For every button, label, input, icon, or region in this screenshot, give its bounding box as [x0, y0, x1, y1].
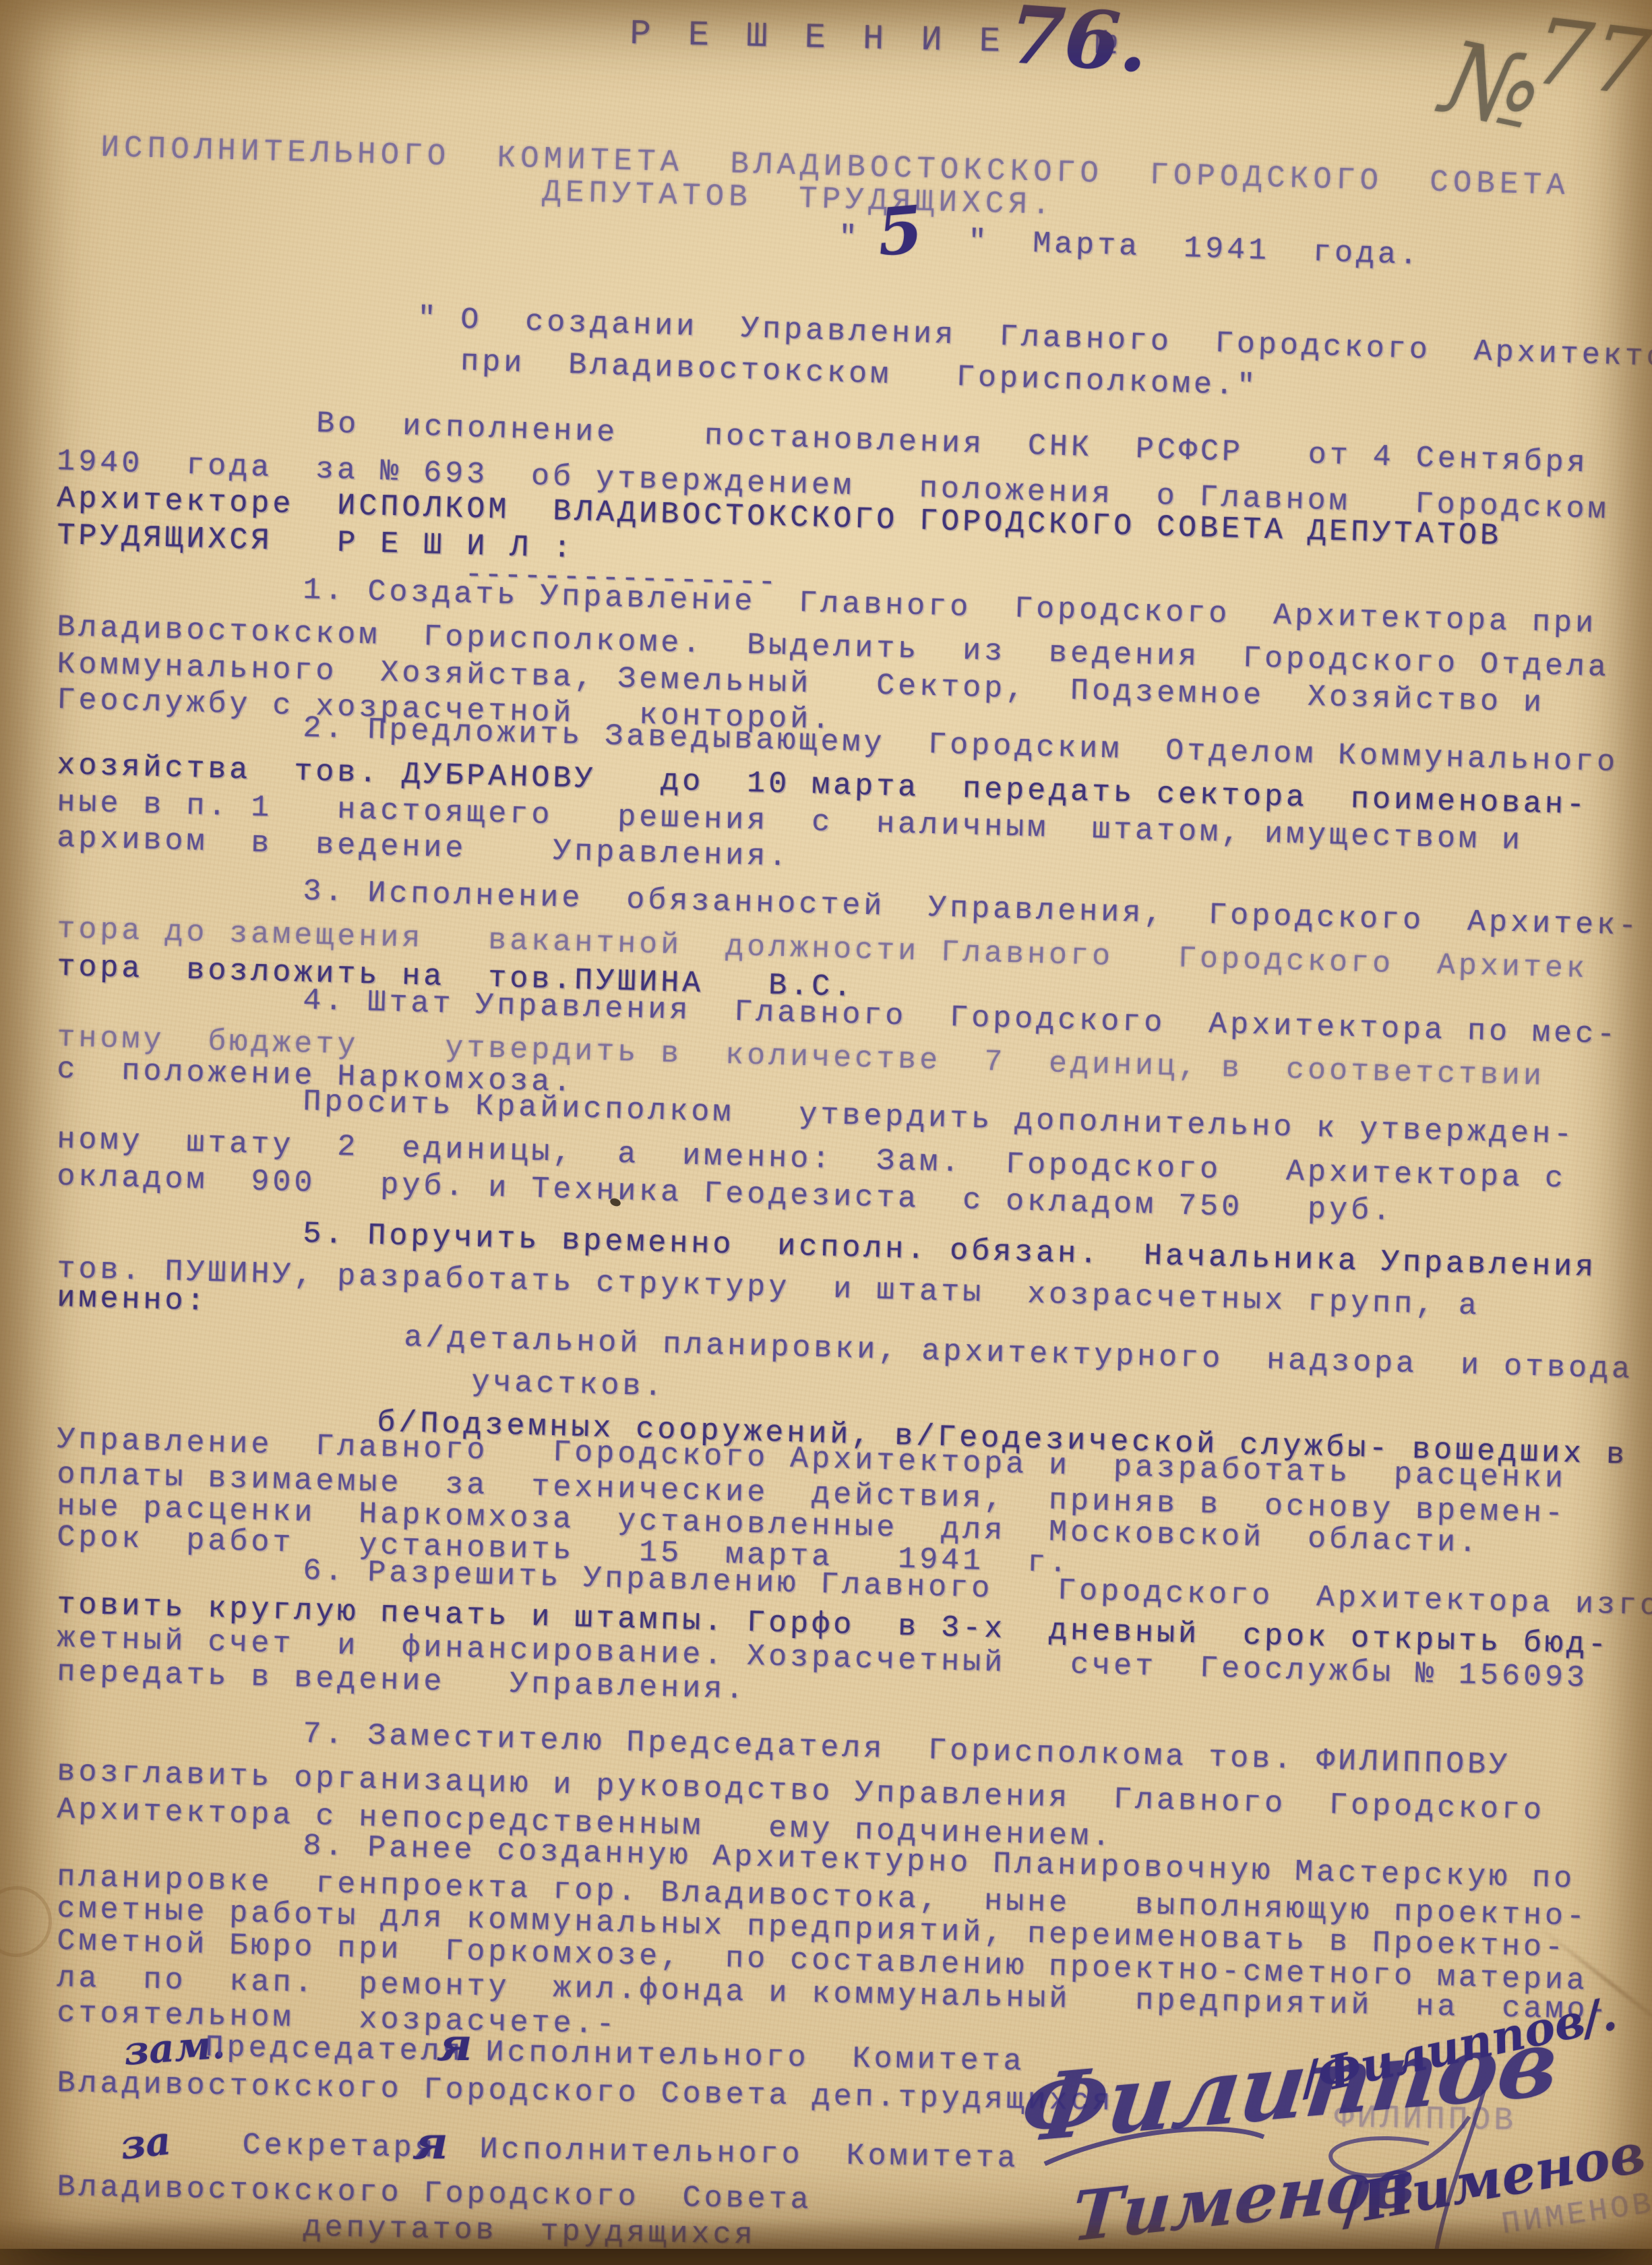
document-page: № 77 Р Е Ш Е Н И Е № 76. ИСПОЛНИТЕЛЬНОГО…	[0, 0, 1652, 2265]
paragraph-5-line-3: именно:	[57, 1283, 208, 1317]
paragraph-5-item-a-line-2: участков.	[471, 1367, 666, 1403]
handwritten-za-prefix: за	[119, 2121, 173, 2165]
signature-title-2-line-1: Секретаря Исполнительного Комитета	[242, 2130, 1019, 2174]
handwritten-letter-overwrite-1: я	[437, 2022, 472, 2067]
stain-ring	[0, 1886, 52, 1957]
date-day-handwritten: 5	[875, 197, 925, 265]
decree-number-handwritten: 76.	[1007, 0, 1151, 84]
bottom-shadow	[0, 2218, 1652, 2249]
pencil-page-number: 77	[1529, 5, 1652, 110]
signature-title-2-line-2: Владивостокского Городского Совета	[57, 2172, 812, 2216]
scan-edge	[0, 2249, 1652, 2265]
handwritten-letter-overwrite-2: я	[412, 2121, 448, 2165]
